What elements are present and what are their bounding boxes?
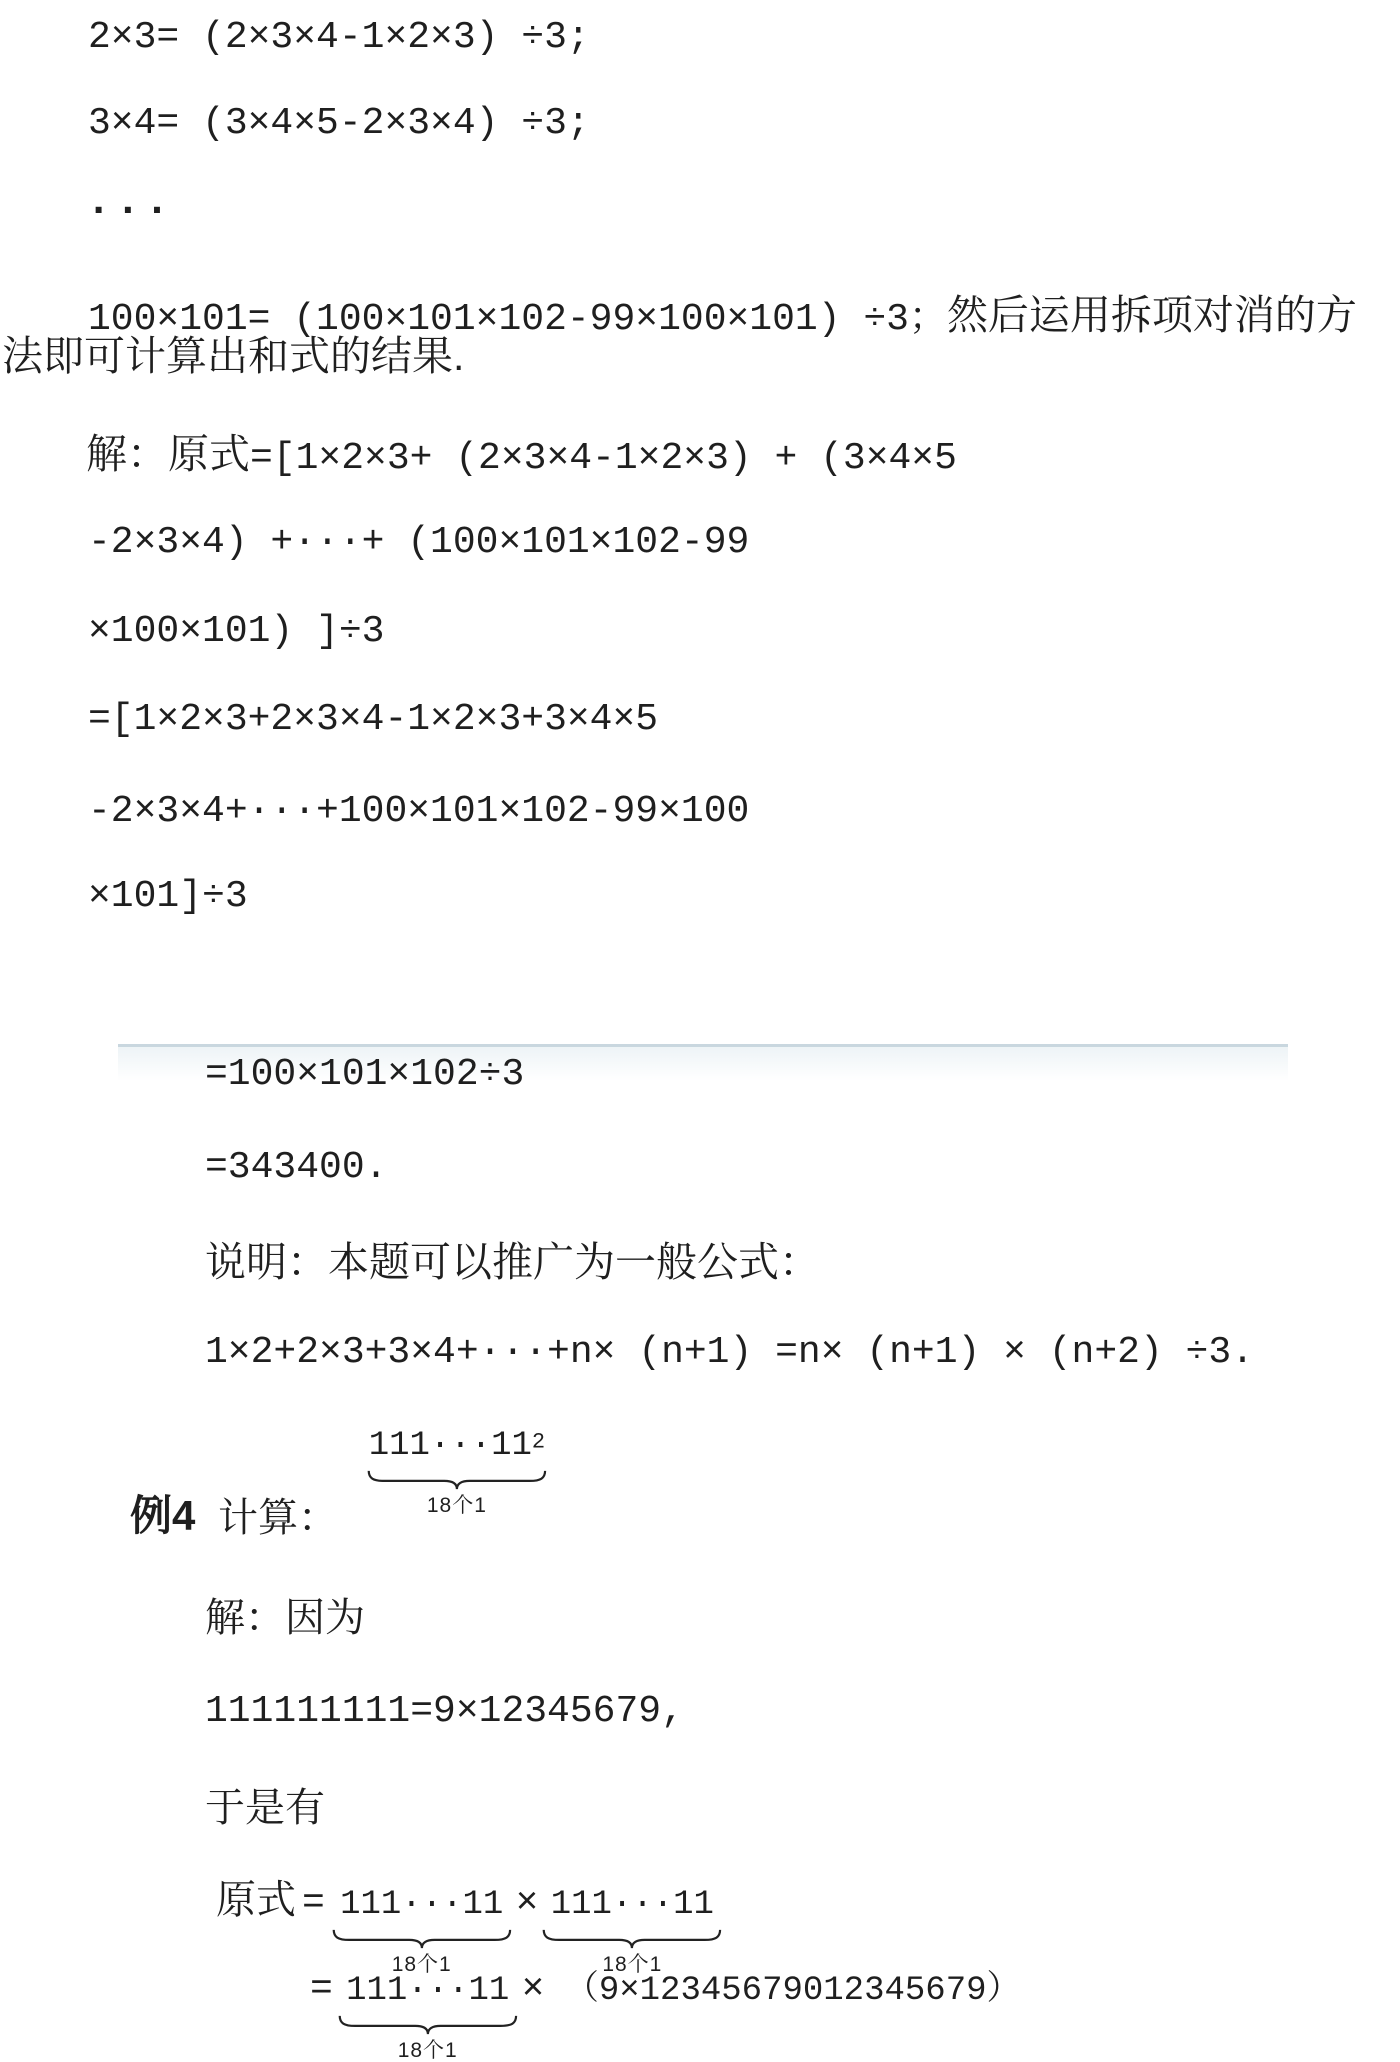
repunit-group-2: 111···11 18个1 — [541, 1883, 723, 1977]
equals-sign: = — [310, 1968, 333, 2012]
solution-result: =343400. — [205, 1146, 387, 1190]
final-step-2: = 111···11 18个1 × （9×12345679012345679） — [310, 1968, 1021, 2062]
equals-sign: = — [302, 1882, 325, 1926]
solution-step4: =[1×2×3+2×3×4-1×2×3+3×4×5 — [88, 698, 658, 742]
repunit-number: 111···11 — [551, 1883, 714, 1927]
remark-label: 说明：本题可以推广为一般公式： — [205, 1238, 820, 1286]
underbrace — [331, 1929, 513, 1949]
times-sign: × — [522, 1968, 545, 2012]
equation-3x4: 3×4= (3×4×5-2×3×4) ÷3; — [88, 102, 590, 146]
solution-step6: ×101]÷3 — [88, 875, 248, 919]
note-text-start: 然后运用拆项对消的方 — [947, 291, 1357, 339]
solution-step5: -2×3×4+···+100×101×102-99×100 — [88, 790, 749, 834]
solution-step1: =[1×2×3+ (2×3×4-1×2×3) + (3×4×5 — [250, 437, 957, 481]
repunit-group-1: 111···11 18个1 — [331, 1883, 513, 1977]
repunit-number: 111···11 — [369, 1427, 532, 1465]
general-formula: 1×2+2×3+3×4+···+n× (n+1) =n× (n+1) × (n+… — [205, 1331, 1254, 1375]
note-text-wrap: 法即可计算出和式的结果. — [2, 332, 464, 380]
underbrace — [337, 2015, 519, 2035]
scanned-math-page: 2×3= (2×3×4-1×2×3) ÷3; 3×4= (3×4×5-2×3×4… — [0, 0, 1400, 2062]
underbrace — [366, 1470, 548, 1490]
example4-solution-label: 解：因为 — [205, 1594, 365, 1642]
solution-step2: -2×3×4) +···+ (100×101×102-99 — [88, 521, 749, 565]
example4-repunit-squared: 111···112 18个1 — [366, 1424, 548, 1518]
then-we-have: 于是有 — [205, 1784, 325, 1832]
brace-label-18-ones: 18个1 — [398, 2039, 458, 2062]
yuanshi-label: 原式 — [216, 1876, 296, 1924]
solution-step7: =100×101×102÷3 — [205, 1053, 524, 1097]
repunit-number: 111···11 — [340, 1883, 503, 1927]
underbrace — [541, 1929, 723, 1949]
solution-step3: ×100×101) ]÷3 — [88, 610, 384, 654]
example4-prompt: 计算： — [218, 1494, 338, 1542]
repunit-with-exponent: 111···112 — [369, 1424, 545, 1468]
brace-label-18-ones: 18个1 — [427, 1494, 487, 1518]
exponent-2: 2 — [532, 1430, 545, 1455]
solution-label: 解：原式 — [86, 430, 250, 478]
repunit-fact: 111111111=9×12345679, — [205, 1690, 684, 1734]
repunit-group-3: 111···11 18个1 — [337, 1969, 519, 2062]
equation-2x3: 2×3= (2×3×4-1×2×3) ÷3; — [88, 16, 590, 60]
ellipsis-line: ... — [86, 180, 174, 224]
repunit-number: 111···11 — [346, 1969, 509, 2013]
times-sign: × — [516, 1882, 539, 1926]
example4-tag: 例4 — [130, 1492, 195, 1540]
product-expression: （9×12345679012345679） — [544, 1969, 1020, 2013]
solution-step1-line: 解：原式 =[1×2×3+ (2×3×4-1×2×3) + (3×4×5 — [86, 430, 957, 481]
final-step-1: 原式 = 111···11 18个1 × 111···11 18个1 — [216, 1876, 723, 1977]
